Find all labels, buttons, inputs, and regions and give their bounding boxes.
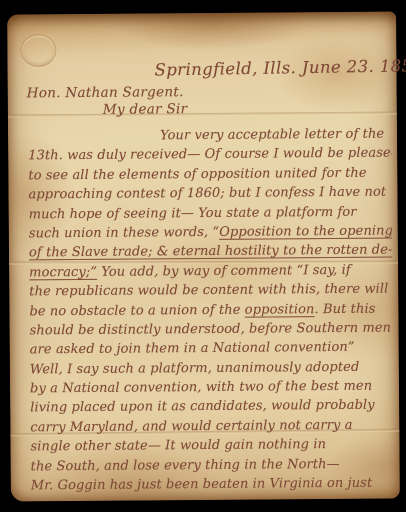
line-text: You add, by way of comment “I say, if [97, 263, 351, 280]
line-text: Well, I say such a platform, unanimously… [30, 359, 360, 377]
line-text: such union in these words, “ [29, 225, 220, 241]
letter-line: the republicans would be content with th… [29, 280, 392, 302]
letter-line: living placed upon it as candidates, wou… [30, 396, 393, 418]
fold-crease [8, 111, 397, 117]
line-text: to see all the elements of opposition un… [28, 165, 366, 183]
letter-body: Your very acceptable letter of the 13th.… [28, 125, 394, 496]
line-text: are asked to join them in a National con… [30, 340, 355, 358]
line-text: much hope of seeing it— You state a plat… [29, 204, 357, 222]
line-underlined-text: Opposition to the opening [219, 223, 392, 239]
line-text: 13th. was duly received— Of course I wou… [28, 146, 391, 164]
line-text: carry Maryland, and would certainly not … [30, 418, 352, 436]
letter-line: approaching contest of 1860; but I confe… [28, 183, 391, 205]
scan-background: Springfield, Ills. June 23. 1859 Hon. Na… [0, 0, 406, 512]
line-text: the republicans would be content with th… [29, 282, 388, 300]
letter-line: are asked to join them in a National con… [30, 338, 393, 360]
line-underlined-text: of the Slave trade; & eternal hostility … [29, 243, 392, 261]
letter-recipient: Hon. Nathan Sargent. [27, 84, 184, 101]
letter-page: Springfield, Ills. June 23. 1859 Hon. Na… [7, 11, 400, 501]
letter-line: 13th. was duly received— Of course I wou… [28, 144, 391, 166]
line-text: Mr. Goggin has just been beaten in Virgi… [31, 476, 373, 494]
line-text: the South, and lose every thing in the N… [31, 457, 340, 474]
letter-line: Mr. Goggin has just been beaten in Virgi… [31, 474, 394, 496]
line-text: . But this [314, 301, 375, 316]
letter-salutation: My dear Sir [103, 101, 188, 118]
line-text: approaching contest of 1860; but I confe… [28, 185, 386, 203]
letter-line: of the Slave trade; & eternal hostility … [29, 241, 392, 263]
line-text: be no obstacle to a union of the [29, 302, 244, 319]
letter-line: carry Maryland, and would certainly not … [30, 415, 393, 437]
line-underlined-text: mocracy;” [29, 265, 97, 281]
embossed-seal-icon [20, 34, 56, 67]
letter-dateline: Springfield, Ills. June 23. 1859 [154, 56, 406, 79]
line-text: by a National convention, with two of th… [30, 379, 372, 397]
line-text: Your very acceptable letter of the [160, 127, 384, 144]
line-text: should be distinctly understood, before … [30, 320, 392, 338]
line-underlined-text: opposition [245, 302, 315, 318]
line-text: single other state— It would gain nothin… [30, 437, 326, 454]
line-text: living placed upon it as candidates, wou… [30, 398, 375, 416]
